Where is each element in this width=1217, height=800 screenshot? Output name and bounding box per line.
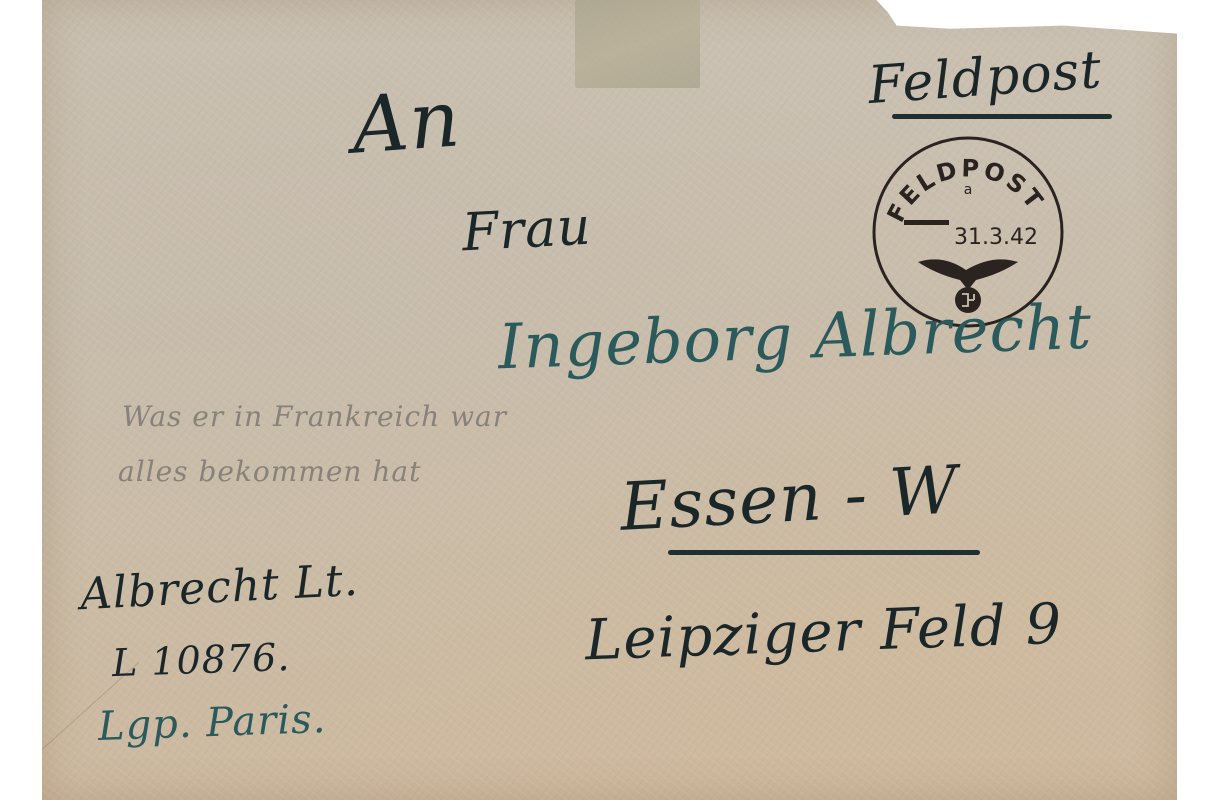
svg-text:a: a: [964, 182, 973, 198]
svg-text:31.3.42: 31.3.42: [954, 225, 1038, 250]
tape-patch: [575, 0, 700, 88]
sender-location: Lgp. Paris.: [97, 696, 327, 750]
sender-fieldpost-number: L 10876.: [111, 635, 291, 685]
pencil-note-line-2: alles bekommen hat: [118, 455, 421, 488]
header-underline: [892, 114, 1112, 119]
address-salutation: Frau: [461, 197, 593, 264]
address-prefix: An: [349, 74, 464, 171]
pencil-note-line-1: Was er in Frankreich war: [122, 400, 507, 433]
city-underline: [668, 550, 980, 555]
